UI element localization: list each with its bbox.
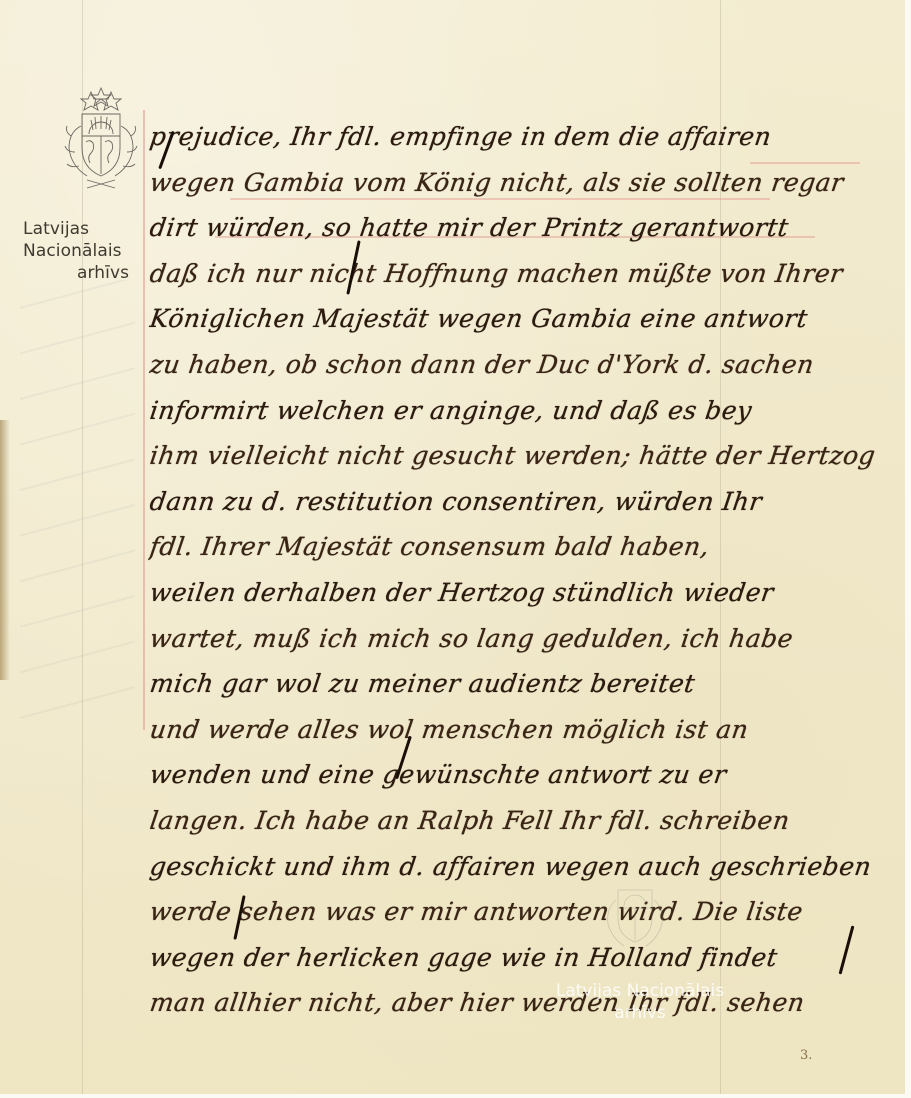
manuscript-line: geschickt und ihm d. affairen wegen auch…: [147, 844, 883, 890]
watermark-line1: Latvijas Nacionālais: [520, 980, 760, 1002]
manuscript-line: informirt welchen er anginge, und daß es…: [147, 388, 883, 434]
manuscript-line: man allhier nicht, aber hier werden Ihr …: [147, 980, 883, 1026]
margin-rule: [143, 110, 145, 730]
manuscript-line: mich gar wol zu meiner audientz bereitet: [147, 661, 883, 707]
latvia-coat-of-arms-icon: [55, 86, 147, 198]
manuscript-line: wenden und eine gewünschte antwort zu er: [147, 752, 883, 798]
manuscript-line: langen. Ich habe an Ralph Fell Ihr fdl. …: [147, 798, 883, 844]
manuscript-line: daß ich nur nicht Hoffnung machen müßte …: [147, 251, 883, 297]
manuscript-line: dann zu d. restitution consentiren, würd…: [147, 479, 883, 525]
archive-watermark: Latvijas Nacionālais arhīvs: [520, 980, 760, 1024]
manuscript-line: wegen Gambia vom König nicht, als sie so…: [147, 160, 883, 206]
paper-stain: [0, 420, 10, 680]
document-page: Latvijas Nacionālais arhīvs prejudice, I…: [0, 0, 905, 1094]
manuscript-line: dirt würden, so hatte mir der Printz ger…: [147, 205, 883, 251]
manuscript-line: wartet, muß ich mich so lang gedulden, i…: [147, 616, 883, 662]
watermark-line2: arhīvs: [520, 1002, 760, 1024]
manuscript-line: werde sehen was er mir antworten wird. D…: [147, 889, 883, 935]
manuscript-line: ihm vielleicht nicht gesucht werden; hät…: [147, 433, 883, 479]
manuscript-text: prejudice, Ihr fdl. empfinge in dem die …: [150, 114, 880, 1026]
manuscript-line: weilen derhalben der Hertzog stündlich w…: [147, 570, 883, 616]
manuscript-line: Königlichen Majestät wegen Gambia eine a…: [147, 296, 883, 342]
folio-mark: 3.: [800, 1048, 812, 1063]
manuscript-line: zu haben, ob schon dann der Duc d'York d…: [147, 342, 883, 388]
watermark-coat-of-arms-icon: [600, 870, 670, 960]
manuscript-line: und werde alles wol menschen möglich ist…: [147, 707, 883, 753]
manuscript-line: prejudice, Ihr fdl. empfinge in dem die …: [147, 114, 883, 160]
manuscript-line: fdl. Ihrer Majestät consensum bald haben…: [147, 524, 883, 570]
manuscript-line: wegen der herlicken gage wie in Holland …: [147, 935, 883, 981]
ink-bleed-through: [20, 280, 135, 730]
